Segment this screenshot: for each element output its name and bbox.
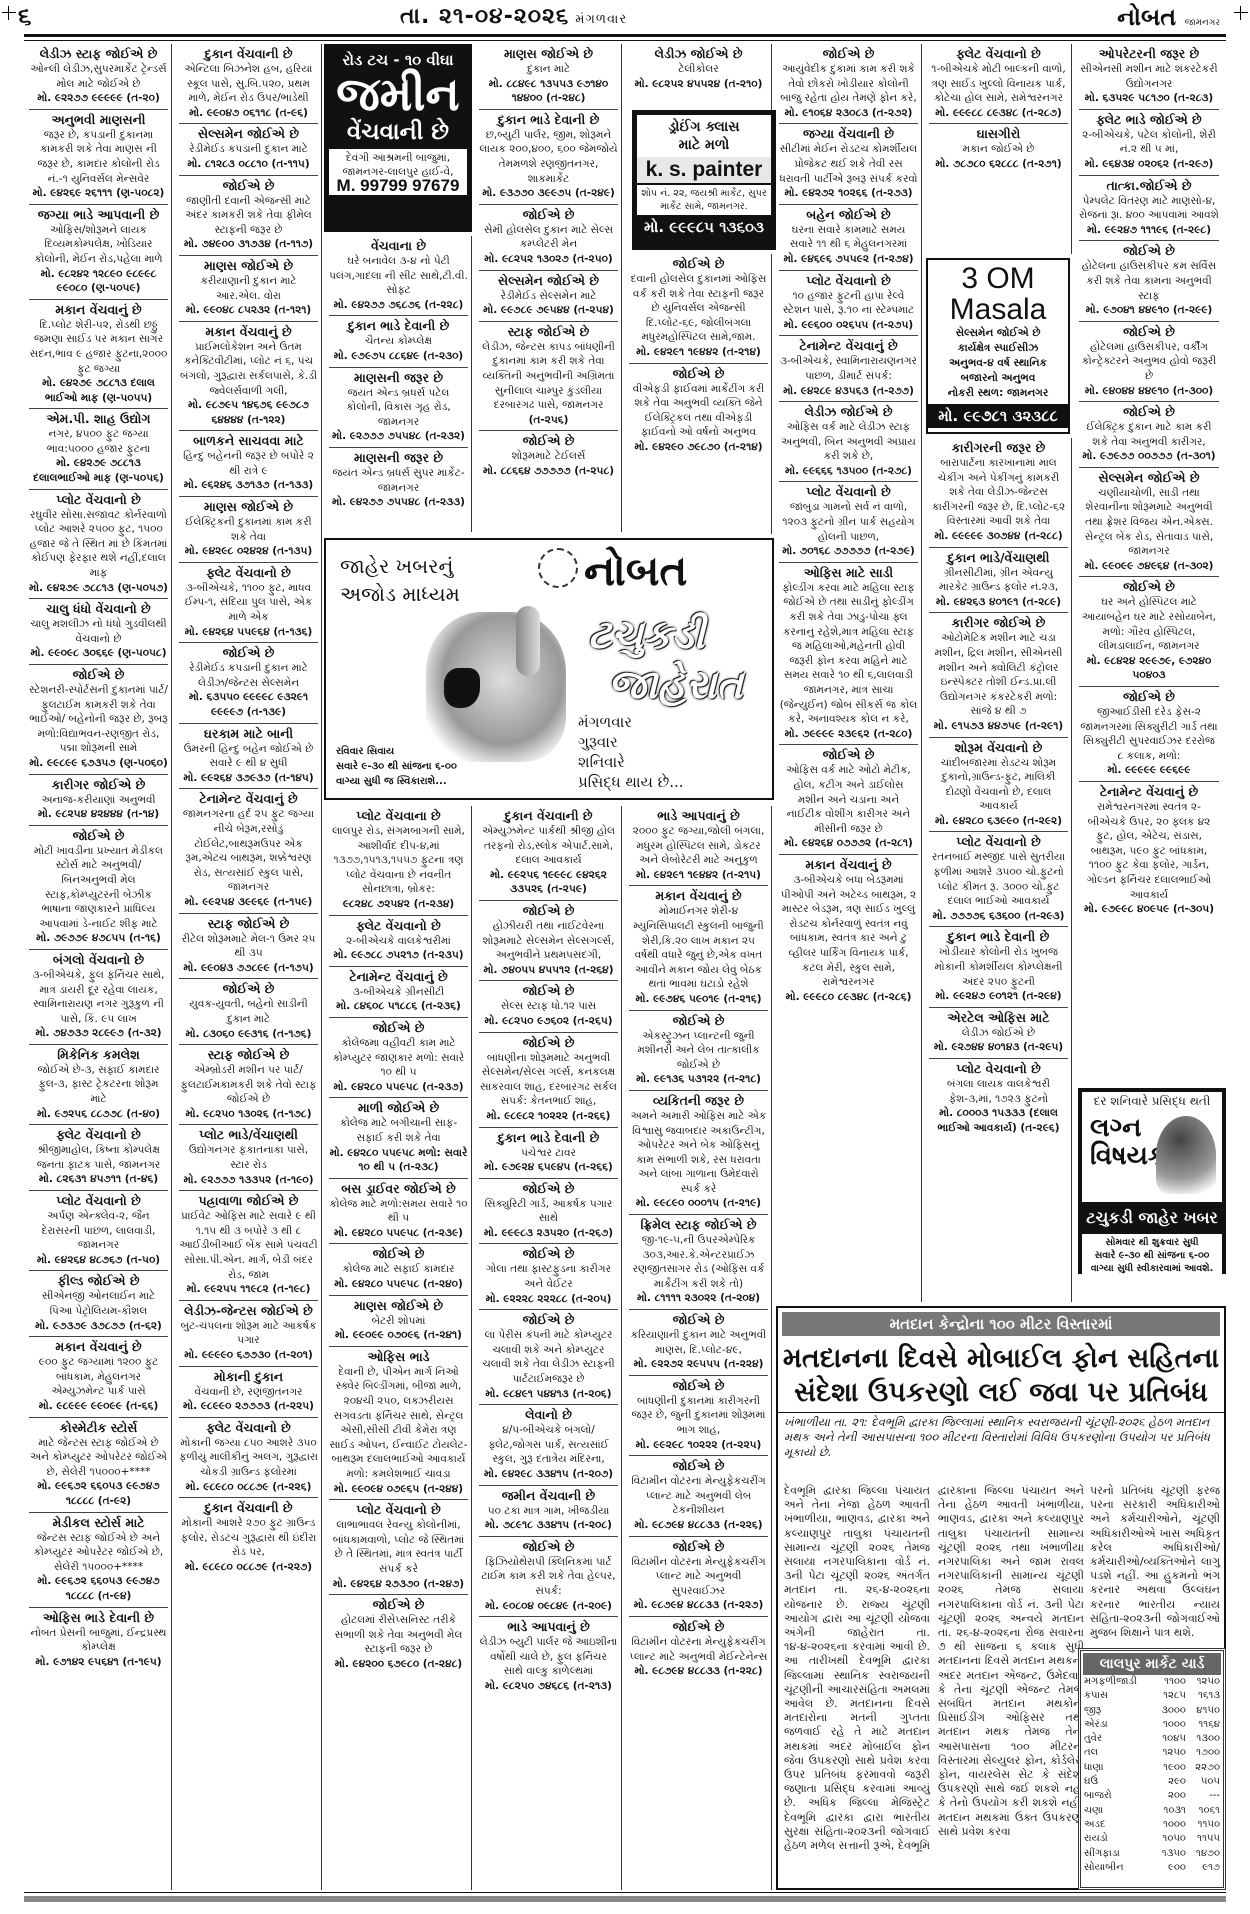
ad-phone: મો. ૯૯૯૮૦ ૮૯૩૪૮ (ત-૨૮૬) [779, 990, 918, 1005]
classified-ad: જોઈએ છેયુવક-યુવતી, બહેનો સાડીની દુકાન મા… [179, 979, 318, 1045]
ad-phone: મો. ૯૯૭૮૮ ૭૫૨૧૭ (ત-૨૩૫) [329, 948, 468, 963]
ad-title: બાળકને સાચવવા માટે [179, 433, 318, 449]
ad-body: એકસ્ટ્રુઝન પ્લાન્ટની જુની મશીનરી અને લેબ… [629, 1029, 768, 1073]
ad-title: દુકાન ભાડે દેવાની છે [479, 112, 618, 128]
classified-ad: લેડીઝ જોઈએ છેટેલીકોલરમો. ૯૮૨૫૨ ૪૫૫૨૪ (ત-… [629, 44, 768, 94]
classified-ad: માણસની જરૂર છેજયંત એન્ડ બ્રધર્સ પટેલ કોલ… [329, 368, 468, 448]
market-title: લાલપુર માર્કેટ યાર્ડ [1083, 1653, 1221, 1675]
classified-ad: જોઈએ છેઓફિસ વર્ક માટે ઓટો મેટીક, હોલ, કટ… [779, 745, 918, 855]
classified-ad: દુકાન ભાડે દેવાની છેખોડીયાર કોલોની રોડ ખ… [929, 927, 1068, 1007]
classified-column-4-lower: દુકાન વેંચવાની છેએમ્યુઝમેન્ટ પાર્કથી શ્ર… [476, 806, 622, 1890]
ad-phone: મો. ૮૨૬૩૧ ૪૫૭૧૧ (ત-૪૬) [29, 1172, 168, 1187]
ad-title: અનુભવી માણસની [29, 112, 168, 128]
ad-body: રેડીમેઈડ કપડાની દુકાન માટે લેડીઝ/જેન્ટસ … [179, 661, 318, 690]
ad-body: જામનગરના હર્દ ૨૫ ફુટ જગ્યા નીચે બેરૂમ,રસ… [179, 807, 318, 895]
classified-ad: ઓફિસ ભાડે દેવાની છેનોબત પ્રેસની બાજુમાં,… [29, 1608, 168, 1673]
min-price: ૧૦૦૦ [1153, 1718, 1187, 1732]
max-price: ૧૭૦૦ [1187, 1746, 1221, 1760]
commodity-name: ચણા [1083, 1804, 1153, 1818]
classified-ad: ઓપરેટરની જરૂર છેસીએનસી મશીન માટે શંકરટેક… [1079, 44, 1219, 110]
ad-body: મોટી ખાવડીના પ્રખ્યાત મેડીકલ સ્ટોર્સ માટ… [29, 844, 168, 932]
market-row: રાયડો૧૦૫૦૧૧૫૫ [1083, 1832, 1221, 1846]
ad-phone: મો. ૯૮૪૯૧ ૫૪૪૧૩ (ત-૨૦૬) [479, 1387, 618, 1402]
ad-phone: મો. ૯૮૨૫૨ ૧૩૦૨૭ (ત-૨૫૦) [479, 252, 618, 267]
ad-phone: મો. ૭૦૧૬૮ ૭૭૭૭૭ (ત-૨૭૯) [779, 544, 918, 559]
classified-ad: પ્લોટ વેંચવાનો છેરતનબાઈ મસ્જીદ પાસે સુતર… [929, 832, 1068, 927]
classified-ad: સેલ્સમેન જોઈએ છેચણીયાચોળી, સાડી તથા શેરવ… [1079, 468, 1219, 578]
ad-title: જમીન વેંચવાની છે [479, 1488, 618, 1504]
ad-phone: મો. ૯૨૨૭૭ ૯૯૯૯૯ (ત-૨૦) [29, 91, 168, 106]
classified-ad: સ્ટાફ જોઈએ છેલેડીઝ, જેન્ટસ કાપડ બાંધણીની… [479, 322, 618, 432]
ad-body: ગોલા તથા ફાસ્ટફુડના કારીગર અને વેઈટર [479, 1262, 618, 1291]
ad-body: ૩-બીએચકે, ૧૧૦૦ ફુટ, માધવ ઈમ્પ-૧, સંદિયા … [179, 581, 318, 625]
ad-title: ફ્લેટ વેંચવાનો છે [179, 1420, 318, 1436]
matrimonial-promo-ad: દર શનિવારે પ્રસિદ્ધ થતી લગ્ન વિષયક ટચુકડ… [1078, 1088, 1226, 1274]
promo-note-line: વાગ્યા સુધી જ સ્વિકારાશે... [336, 774, 457, 789]
market-row: ધાણા૧૯૦૦૨૨૭૦ [1083, 1761, 1221, 1775]
classified-ad: દુકાન વેંચવાની છેએમ્યુઝમેન્ટ પાર્કથી શ્ર… [479, 806, 618, 901]
ad-body: બાંધણીની દુકાનમાં કારીગરની જરૂર છે, જુની… [629, 1394, 768, 1438]
classified-ad: ફીલ્ડ જોઈએ છેસીએનજી ઓનલાઈન માટે પિઆ પેટ્… [29, 1271, 168, 1337]
market-row: ચણા૧૦૩૧૧૦૬૧ [1083, 1804, 1221, 1818]
ad-title: કારીગરની જરૂર છે [929, 440, 1068, 456]
classified-ad: ફ્લેટ ભાડે જોઈએ છે૨-બીએચકે, પટેલ કોલોની,… [1079, 110, 1219, 176]
ad-title: સ્ટાફ જોઈએ છે [179, 1047, 318, 1063]
ad-body: હોટેલના હાઉસકીપર કમ સર્વિસ કરી શકે તેવા … [1079, 259, 1219, 303]
ad-title: લેડીઝ સ્ટાફ જોઈએ છે [29, 46, 168, 62]
ad-body: ઘરે બનાવેલ ૩-૪ નો પેટી પલંગ,ગાદલા ની સીટ… [329, 254, 468, 298]
ad-phone: મો. ૯૯૮૯૯ ૬૭૩૫૭ (ણ-૫૦૬૦) [29, 756, 168, 771]
headline-line: મતદાનના દિવસે મોબાઈલ ફોન સહિતના [782, 1342, 1220, 1376]
ad-phone: મો. ૯૮૨૫૦ ૯૭૬૦૨ (ત-૨૬૫) [479, 1014, 618, 1029]
ad-phone: મો. ૯૪૨૭૯ ૭૮૮૧૩ દલાલ ભાઈઓ માફ (ણ-૫૦૫૫) [29, 376, 168, 405]
ad-body: આયુંવેદીક દુકામાં કામ કરી શકે તેવો છોકરો… [779, 62, 918, 106]
ad-body: ઈલેક્ટ્રિક દુકાન માટે કામ કરી શકે તેવા અ… [1079, 420, 1219, 449]
classified-column-1: લેડીઝ સ્ટાફ જોઈએ છેઓન્લી લેડીઝ,સુપરમાર્ક… [26, 44, 172, 1890]
ad-subheadline: માટે મળો [637, 136, 771, 154]
max-price: ૧૦૬૧ [1187, 1804, 1221, 1818]
ad-phone: મો. ૯૨૭૭૭ ૭૫૫૪૮ (ત-૨૩૨) [329, 429, 468, 444]
logo-text: નોબત [1117, 2, 1176, 31]
ad-title: પ્લોટ વેંચવાના છે [329, 808, 468, 824]
ad-title: જોઈએ છે [29, 667, 168, 683]
market-row: એરંડા૧૦૦૦૧૧૬૪ [1083, 1718, 1221, 1732]
ad-phone: મો. ૭૮૭૮૦ ૬૨૮૮૮ (ત-૨૭૧) [929, 157, 1068, 172]
timing-line: સોમવાર થી શુક્રવાર સુધી [1082, 1236, 1222, 1249]
classified-ad: જોઈએ છેજીઆઈડીસી દરેડ ફેસ-૨ જામનગરમાં સિક… [1079, 687, 1219, 782]
ad-title: માણસ જોઈએ છે [329, 1298, 468, 1314]
logo-city: જામનગર [1185, 18, 1220, 28]
ad-line: બજારનો અનુભવ [928, 371, 1068, 386]
ad-phone: મો. ૯૨૨૭૨ ૨૯૫૫૫ (ત-૨૨૪) [629, 1357, 768, 1372]
ad-phone: મો. ૯૯૬૬૬ ૧૩૫૦૦ (ત-૨૭૮) [779, 464, 918, 479]
ad-line: નોકરી સ્થળ: જામનગર [928, 386, 1068, 401]
classified-ad: ભાડે આપવાનું છે૨૦૦૦ ફુટ જગ્યા,જોલી બંગલા… [629, 806, 768, 886]
ad-phone: મો. ૯૪૬૯૬ ૭૫૫૯૨ (ત-૨૭૪) [779, 252, 918, 267]
header-rule [24, 34, 1226, 37]
ad-phone: મો. ૯૪૨૬૩ ૪૦૧૯૧ (ત-૨૮૯) [929, 595, 1068, 610]
ad-phone: મો. ૭૮૯૧૮ ૩૩૪૧૫ (ત-૨૦૮) [479, 1518, 618, 1533]
classified-ad: ચાલુ ધંધો વેંચવાનો છેચાલુ મશલીઝ નો ધંધો … [29, 599, 168, 665]
max-price: ૫૦૫ [1187, 1775, 1221, 1789]
ad-title: તાત્કા.જોઈએ છે [1079, 178, 1219, 194]
ad-title: પ્લોટ વેંચવાનો છે [929, 834, 1068, 850]
classified-ad: જોઈએ છેહોટેલમાં હાઉસકીપર, વર્કીંગ કોન્ટ્… [1079, 322, 1219, 402]
ad-phone: મો. ૯૪૨૯૮ ૦૨૪૨૪ (ત-૧૩૫) [179, 544, 318, 559]
ad-phone: મો. ૯૯૦૯૮ ૩૦૬૬૯ (ણ-૫૦૫૮) [29, 646, 168, 661]
min-price: ૧૦૩૧ [1153, 1804, 1187, 1818]
ad-title: મકાન વેંચવાનું છે [179, 324, 318, 340]
classified-ad: કારીગર જોઈએ છેઅનાજ-કરીયાણાં અનુભવીમો. ૯૮… [29, 775, 168, 826]
ad-body: સેલ્સમેન જોઈએ છે કાર્યક્ષેત્ર સ્પાઈસીઝ અ… [928, 326, 1068, 401]
matrimonial-title-line: લગ્ન [1090, 1114, 1166, 1142]
ad-body: ચૈતન્ય કોમ્પ્લેક્ષ [329, 334, 468, 349]
ad-body: રીટેલ શોરૂમમાટે મેલ-૧ ઉંમર ૨૫ થી ૩૫ [179, 932, 318, 961]
ad-body: ૩-બીએચકે બધા બેડરૂમમાં પીઓપી અને અટેચ્ડ … [779, 873, 918, 990]
ad-title: દુકાન ભાડે દેવાની છે [329, 318, 468, 334]
ad-body: પેમ્પલેટ વિતરણ માટે માણસો-૪, રોજનાં રૂા.… [1079, 194, 1219, 223]
promo-line: અજોડ માધ્યમ [340, 580, 460, 608]
classified-ad: ઘરકામ માટે બાનીઉંમરની હિન્દુ બહેન જોઈએ છ… [179, 724, 318, 790]
ad-body: જાણીતી દવાની એજન્સી માટે અંદર કામકરી શકે… [179, 194, 318, 238]
classified-ad: જોઈએ છેએકસ્ટ્રુઝન પ્લાન્ટની જુની મશીનરી … [629, 1011, 768, 1091]
classified-ad: માણસની જરૂર છેજયંત એન્ડ બ્રધર્સ સુપર માર… [329, 448, 468, 513]
max-price: ૧૧૬૪ [1187, 1718, 1221, 1732]
classified-ad: ઘાસગીરોમકાન જોઈએ છેમો. ૭૮૭૮૦ ૬૨૮૮૮ (ત-૨૭… [929, 124, 1068, 174]
ad-body: અનાજ-કરીયાણાં અનુભવી [29, 793, 168, 808]
promo-line: જાહેર ખબરનું [340, 552, 460, 580]
ad-phone: મો. ૯૪૦૪૪ ૪૪૯૧૦ (ત-૩૦૦) [1079, 384, 1219, 399]
classified-ad: જોઈએ છેદવાની હોલસેલ દુકાનમાં ઓફિસ વર્ક ક… [629, 254, 768, 364]
ad-headline-box: ડ્રોઈંગ ક્લાસ માટે મળો [637, 115, 771, 157]
classified-ad: ઓફિસ માટે સાડીફોલ્ડીંગ કરવા માટે મહિલા સ… [779, 563, 918, 746]
commodity-name: રાયડો [1083, 1832, 1153, 1846]
ad-phone: મો. ૯૮૨૫૦ ૭૪૬૮૬ (ત-૨૧૩) [479, 1679, 618, 1694]
ad-body: જીઆઈડીસી દરેડ ફેસ-૨ જામનગરમાં સિક્યુરીટી… [1079, 705, 1219, 763]
ad-phone: મો. ૮૮૬૬૪ ૭૭૭૭૭ (ત-૨૫૮) [479, 464, 618, 479]
ad-title: ફ્લેટ વેંચવાનો છે [29, 1127, 168, 1143]
ad-body: ૩-બીએચકે, સ્વામિનારાયણનગર પાછળ, ડીમાર્ટ … [779, 354, 918, 383]
ad-title: ફીલ્ડ જોઈએ છે [29, 1273, 168, 1289]
ad-title: કોસ્મેટીક સ્ટોર્સ [29, 1420, 168, 1436]
ad-title: ઓફિસ ભાડે દેવાની છે [29, 1610, 168, 1626]
ad-title: જોઈએ છે [179, 645, 318, 661]
classified-ad: જોઈએ છેકરિયાણાની દુકાન માટે અનુભવી માણસ,… [629, 1310, 768, 1376]
classified-ad: ટેનામેન્ટ વેંચવાનું છેજામનગરના હર્દ ૨૫ ફ… [179, 789, 318, 913]
ad-phone: મો. ૯૯૨૬૪ ૩૭૯૩૭ (ત-૧૪૫) [179, 771, 318, 786]
ad-title: શોરૂમ વેંચવાનો છે [929, 740, 1068, 756]
classified-ad: પ્લોટ વેંચવાના છેલાલપુર રોડ, સંગમબાગની સ… [329, 806, 468, 916]
ad-phone: મો. ૯૬૪૩૪ ૦૨૦૬૨ (ત-૨૯૭) [1079, 157, 1219, 172]
ad-body: હોટેલમાં હાઉસકીપર, વર્કીંગ કોન્ટ્રેક્ટરન… [1079, 340, 1219, 384]
ad-body: ખોડીયાર કોલોની રોડ ખુબજ મોકાની કોમર્શીયલ… [929, 945, 1068, 989]
ad-body: દિ.પ્લોટ શેરી-૫૨, રોડથી છઠ્ઠું જમણા સાઈડ… [29, 318, 168, 376]
ad-phone: મો. ૯૪૨૭૯ ૭૮૮૧૩ (ણ-૫૦૫૭) [29, 581, 168, 596]
classified-ad: મકાન વેંચવાનું છેદિ.પ્લોટ શેરી-૫૨, રોડથી… [29, 300, 168, 410]
classified-ad: દુકાન ભાડે દેવાની છેછ,બ્યુટી પાર્લર, જીમ… [479, 110, 618, 205]
ad-phone: મો. ૯૮૯૯૦ ૨૭૭૭૩ (ત-૨૨૫) [179, 1399, 318, 1414]
ad-phone: મો. ૯૮૭૯૪ ૪૮૮૩૩ (ત-૨૨૭) [629, 1598, 768, 1613]
classified-ad: ફ્લેટ વેંચવાનો છેશ્રીજીમાહોલ, કિષ્ના કોમ… [29, 1125, 168, 1191]
ad-title: મિકેનિક કમલેશ [29, 1047, 168, 1063]
ad-phone: મો. ૬૩૫૫૦ ૯૯૯૯૮ ૯૩૨૯૧ ૯૯૯૯૭ (ત-૧૩૯) [179, 690, 318, 719]
market-row: અડદ૧૦૦૦૧૧૫૦ [1083, 1818, 1221, 1832]
ad-phone: મો. ૯૮૨૪૨ ૧૨૮૯૦ ૯૮૯૯૮ ૯૯૦૮૦ (ણ-૫૦૫૯) [29, 267, 168, 296]
classified-column-2: દુકાન વેંચવાની છેએન્ટિલા બિઝનેશ હબ, હરિય… [176, 44, 322, 1890]
emblem-icon [538, 548, 578, 588]
promo-day: મંગળવાર [578, 712, 684, 732]
classified-ad: માણસ જોઈએ છેકરીયાણાની દુકાન માટે આર.એલ. … [179, 256, 318, 322]
max-price: ૪૧૫૦ [1187, 1704, 1221, 1718]
ad-phone: મો. ૯૪૨૦૦ ૬૭૯૮૦ (ત-૨૪૮) [329, 1657, 468, 1672]
classified-ad: પ્લોટ વેચવાનો છેબંગલા લાયક વાલકેશ્વરી ફે… [929, 1059, 1068, 1138]
ad-body: પ્રાઈમલોકેશન અને ઉતમ કનેક્ટિવીટીમાં, પ્લ… [179, 340, 318, 398]
classified-column-5-top: લેડીઝ જોઈએ છેટેલીકોલરમો. ૯૮૨૫૨ ૪૫૫૨૪ (ત-… [626, 44, 772, 110]
article-lead: ખંભાળીયા તા. ૨૧: દેવભૂમિ દ્વારકા જિલ્લામ… [778, 1412, 1224, 1466]
min-price: ૨૯૦ [1153, 1775, 1187, 1789]
min-price: ૧૦૫૦ [1153, 1832, 1187, 1846]
ad-title: ટેનામેન્ટ વેંચવાનું છે [329, 969, 468, 985]
ad-body: પ્રાઈવેટ ઓફિસ માટે સવારે ૯ થી ૧.૧૫ થી ૩ … [179, 1209, 318, 1282]
ad-phone: મો. ૯૬૨૪૬ ૩૭૧૩૭ (ત-૧૩૩) [179, 478, 318, 493]
ad-body: કોલેજ માટે બગીચાની સાફ-સફાઈ કરી શકે તેવા [329, 1116, 468, 1145]
masala-ad: 3 OM Masala સેલ્સમેન જોઈએ છે કાર્યક્ષેત્… [926, 258, 1070, 434]
ad-body: ઓટોમેટિક મશીન માટે ચડા મશીન, દ્રિલ મશીન,… [929, 631, 1068, 719]
ad-title: ઓફિસ માટે સાડી [779, 565, 918, 581]
ad-phone: મો. ૯૯૨૪૭ ૧૧૧૯૬ (ત-૨૯૮) [1079, 223, 1219, 238]
classified-ad: મેડીકલ સ્ટોર્સ માટેજેન્ટસ સ્ટાફ જોઈએ છે … [29, 1513, 168, 1608]
ad-title: દુકાન ભાડે દેવાની છે [479, 1130, 618, 1146]
ad-phone: મો. ૯૯૯૯૦ ૬૭૭૩૦ (ત-૨૦૧) [179, 1348, 318, 1363]
classified-ad: એમ.પી. શાહ ઉદ્યોગનગર, ૪૫૦૦ ફુટ જગ્યા ભાવ… [29, 409, 168, 489]
ad-brand: 3 OM [928, 260, 1068, 294]
classified-ad: પ્લોટ વેંચવાનો છેઅર્પણ એન્ક્લેવ-૨, જૈન દ… [29, 1191, 168, 1271]
ad-body: મોકાની જગ્યા ૮૫૦ આશરે ૩૫૦ ફળીયું માલીકીન… [179, 1436, 318, 1480]
ad-title: પ્લોટ વેંચવાનો છે [779, 484, 918, 500]
ad-body: મોમાઈનગર શેરી-૪ મ્યુનિસિપાલટી સ્કુલની બા… [629, 904, 768, 992]
classified-ad: જોઈએ છેસ્ટેશનરી-સ્પોર્ટસની દુકાનમાં પાર્… [29, 665, 168, 775]
ad-body: મોકાની આશરે ૨૭૦ ફુટ ગ્રાઉન્ડ ફલોર, રોડટચ… [179, 1516, 318, 1560]
market-row: તુવેર૧૦૪૫૧૩૦૦ [1083, 1732, 1221, 1746]
matrimonial-band: ટચુકડી જાહેર ખબર [1082, 1202, 1222, 1234]
ad-phone: મો. ૯૮૨૫૦ ૧૩૦૨૬ (ત-૧૭૮) [179, 1107, 318, 1122]
ad-phone: મો. ૯૨૭૪૪ ૪૦૧૪૩ (ત-૨૯૫) [929, 1040, 1068, 1055]
ad-phone: મો. ૯૯૭૪૬ ૫૯૦૧૯ (ત-૨૧૬) [629, 992, 768, 1007]
classified-ad: લેવાનો છે૪/૫-બીએચકે બંગલો/ ફ્લેટ,જોગસ પા… [479, 1405, 618, 1485]
classified-ad: પ્લોટ વેંચવાનો છેરઘુવીર સોસા.સજાવટ કોર્ન… [29, 490, 168, 600]
ad-phone: મો. ૯૪૨૭૯ ૭૮૮૧૩ દલાલભાઈઓ માફ (ણ-૫૦૫૬) [29, 456, 168, 485]
ad-phone: મો. ૯૮૨૫૨ ૪૫૫૨૪ (ત-૨૧૦) [629, 77, 768, 92]
classified-ad: મિકેનિક કમલેશજોઈએ છે-૩, સફાઈ કામદાર ફુલ-… [29, 1045, 168, 1125]
ad-phone: મો. ૯૮૨૫૪ ૪૨૪૪૪ (ત-૧૪) [29, 807, 168, 822]
ad-title: જોઈએ છે [1079, 324, 1219, 340]
promo-big-text: ટચુકડી [588, 612, 705, 658]
ad-phone: મો. ૯૯૦૯૪ ૦૭૯૬૫ (ત-૨૪૪) [329, 1482, 468, 1497]
ad-phone: મો. ૯૦૮૦૪ ૦૯૮૪૯ (ત-૨૦૯) [479, 1599, 618, 1614]
min-price: ૧૦૦૦ [1153, 1818, 1187, 1832]
commodity-name: ઘઉં [1083, 1775, 1153, 1789]
ad-phone: મો. ૯૯૨૫૪ ૩૯૯૬૯ (ત-૧૫૯) [179, 895, 318, 910]
ad-phone: મો. ૯૯૭૮૯ ૭૯૫૪૪ (ત-૨૫૪) [479, 303, 618, 318]
weekday: મંગળવાર [575, 12, 627, 27]
classified-ad: સ્ટાફ જોઈએ છેરીટેલ શોરૂમમાટે મેલ-૧ ઉંમર … [179, 914, 318, 980]
classified-ad: બસ ડ્રાઈવર જોઈએ છેકોલેજ માટે મળો:સમય સવા… [329, 1179, 468, 1245]
ad-body: જોઈએ છે-૩, સફાઈ કામદાર ફુલ-૩, ફાસ્ટ ટ્રે… [29, 1063, 168, 1107]
ad-phone: મો. ૯૮૭૯૪ ૪૮૮૩૩ (ત-૨૨૬) [629, 1518, 768, 1533]
ad-title: સેલ્સમેન જોઈએ છે [479, 273, 618, 289]
ad-title: ચાલુ ધંધો વેંચવાનો છે [29, 601, 168, 617]
ad-phone: મો. ૮૧૧૧૧ ૨૩૦૨૨ (ત-૨૦૪) [629, 1291, 768, 1306]
ad-line: કાર્યક્ષેત્ર સ્પાઈસીઝ [928, 341, 1068, 356]
ad-title: લેડીઝ જોઈએ છે [779, 404, 918, 420]
market-row: મગફળીજાડી૧૧૦૦૧૨૫૦ [1083, 1675, 1221, 1689]
ad-phone: મો. ૯૭૯૭૭ ૦૦૭૭૭ (ત-૩૦૧) [1079, 449, 1219, 464]
ad-title: મેડીકલ સ્ટોર્સ માટે [29, 1515, 168, 1531]
max-price: ૧૧૫૫ [1187, 1832, 1221, 1846]
classified-ad: જોઈએ છેલા પેરીસ કંપની માટે કોમ્પ્યુટર ચલ… [479, 1310, 618, 1405]
classified-ad: તાત્કા.જોઈએ છેપેમ્પલેટ વિતરણ માટે માણસો-… [1079, 176, 1219, 242]
ad-body: રેડીમેઈડ કપડાની દુકાન માટે [179, 142, 318, 157]
ad-phone: મો. ૭૯૭૭૯ ૪૭૮૫૫ (ત-૧૬) [29, 931, 168, 946]
ad-body: ઈલેક્ટ્રિકની દુકાનમાં કામ કરી શકે તેવા [179, 515, 318, 544]
classified-ad: જોઈએ છેફિઝિયોથેરાપી ક્લિનિકમાં પાર્ટ ટાઈ… [479, 1537, 618, 1617]
ad-body: રેડીમેઈડ સેલ્સમેન માટે [479, 289, 618, 304]
classified-ad: બાળકને સાચવવા માટેહિન્દુ બહેનની જરૂર છે … [179, 431, 318, 497]
ad-phone: (ત-૨૫૬) [479, 413, 618, 428]
ad-title: મકાન વેંચવાનું છે [779, 857, 918, 873]
ad-body: સેલ્સ સ્ટાફ ધો.૧૨ પાસ [479, 999, 618, 1014]
classified-ad: જોઈએ છેજાણીતી દવાની એજન્સી માટે અંદર કામ… [179, 176, 318, 256]
ad-phone: મો. ૯૪૨૭૭ ૭૫૫૪૮ (ત-૨૩૩) [329, 495, 468, 510]
ad-phone: મો. ૯૪૨૬૪ ૦૭૭૭૨ (ત-૨૮૧) [779, 836, 918, 851]
ad-title: મોકાની દુકાન [179, 1369, 318, 1385]
classified-ad: અનુભવી માણસનીજરૂર છે, કપડાની દુકાનમા કામ… [29, 110, 168, 205]
min-price: ૩૦૦૦ [1153, 1704, 1187, 1718]
ad-phone: મો. ૬૩૫૨૯ ૫૮૧૭૦ (ત-૨૮૩) [1079, 91, 1219, 106]
ad-title: જોઈએ છે [479, 1181, 618, 1197]
min-price: ૧૨૫૦ [1153, 1746, 1187, 1760]
ad-title: દુકાન વેંચવાની છે [479, 808, 618, 824]
classified-ad: જગ્યા ભાડે આપવાની છેઓફિસ/શોરૂમને લાયક દિ… [29, 205, 168, 300]
max-price: ૯૧૭ [1187, 1861, 1221, 1875]
commodity-name: સીંગફાડા [1083, 1847, 1153, 1861]
classified-ad: જોઈએ છેઘર અને હોસ્પિટલ માટે આયાબહેન ઘર મ… [1079, 577, 1219, 687]
classified-ad: જોઈએ છેબાંધણીના શોરૂમમાટે અનુભવી સેલ્સમે… [479, 1033, 618, 1128]
ad-phone: મો. ૯૪૨૬૪ ૫૫૯૬૪ (ત-૧૩૬) [179, 625, 318, 640]
ad-body: ૪/૫-બીએચકે બંગલો/ ફ્લેટ,જોગસ પાર્ક, સત્ય… [479, 1423, 618, 1467]
classified-ad: જોઈએ છેહોઝીયરી તથા નાઈટવેરના શોરૂમમાટે સ… [479, 901, 618, 981]
ad-phone: મો. ૯૮૯૮૦ ૦૮૮૭૯ (ત-૨૨૬) [179, 1480, 318, 1495]
classified-column-7-top: ફ્લેટ વેંચવાનો છે૧-બીએચકે મોટી બાલ્કની વ… [926, 44, 1072, 254]
ad-body: જરૂર છે, કપડાની દુકાનમા કામકરી શકે તેવા … [29, 128, 168, 186]
ad-title: જોઈએ છે [329, 1597, 468, 1613]
classified-ad: ફ્લેટ વેંચવાનો છે૩-બીએચકે, ૧૧૦૦ ફુટ, માધ… [179, 563, 318, 643]
ad-phone: મો. ૯૭૯૯૮ ૪૦૯૫૯ (ત-૩૦૫) [1079, 902, 1219, 917]
ad-brand-sub: Masala [928, 294, 1068, 326]
ad-title: પ્લોટ ભાડે/વેંચાણથી [179, 1127, 318, 1143]
ad-body: ફોલ્ડીંગ કરવા માટે મહિલા સ્ટાફ જોઈએ છે ત… [779, 581, 918, 727]
min-price: ૧૯૦૦ [1153, 1761, 1187, 1775]
ad-phone: મો. ૯૭૯૨૪ ૬૫૯૪૫ (ત-૨૬૬) [479, 1160, 618, 1175]
ad-body: ૨-બીએચકે વાલકેશ્વરીમાં [329, 934, 468, 949]
classified-ad: માળી જોઈએ છેકોલેજ માટે બગીચાની સાફ-સફાઈ … [329, 1098, 468, 1178]
ad-body: સીટીમાં મેઈન રોડટચ કોમર્શીયલ પ્રોજેકટ થઈ… [779, 142, 918, 186]
ad-body: એન્ટિલા બિઝનેશ હબ, હરિયા સ્કૂલ પાસે, સુ.… [179, 62, 318, 106]
ad-phone: મો. ૯૧૫૭૩ ૪૪૭૫૯ (ત-૨૯૧) [929, 719, 1068, 734]
ad-body: શ્રીજીમાહોલ, કિષ્ના કોમ્પલેક્ષ જનતા ફાટક… [29, 1143, 168, 1172]
ad-title: જોઈએ છે [629, 366, 768, 382]
market-rates-box: લાલપુર માર્કેટ યાર્ડ મગફળીજાડી૧૧૦૦૧૨૫૦કપ… [1078, 1648, 1226, 1890]
ad-title: પ્લોટ વેંચવાનો છે [779, 273, 918, 289]
ad-title: માણસની જરૂર છે [329, 450, 468, 466]
ad-phone: મો. ૯૪૨૭૨ ૧૦૨૬૬ (ત-૨૭૩) [779, 186, 918, 201]
ad-body: સિક્યુરિટી ગાર્ડ, આકર્ષક પગાર સાથે [479, 1197, 618, 1226]
classified-column-7-lower: કારીગરની જરૂર છેબારાપાર્ટના કારખાનામાં મ… [926, 438, 1072, 1302]
ad-body: લેડીઝ, જેન્ટસ કાપડ બાંધણીની દુકાનમાં કામ… [479, 340, 618, 413]
ad-title: બસ ડ્રાઈવર જોઈએ છે [329, 1181, 468, 1197]
ad-address-box: દેવંગી આશ્રમની બાજુમાં, જામનગર-લાલપુર હા… [329, 149, 467, 195]
ad-title: પ્લોટ વેંચવાનો છે [29, 492, 168, 508]
max-price: --- [1187, 1789, 1221, 1803]
classified-ad: સ્ટાફ જોઈએ છેએમ્બ્રોડરી મશીન પર પાર્ટ/ફુ… [179, 1045, 318, 1125]
classified-ad: જોઈએ છેવિટામીન વોટરના મેન્યુફેકચરીંગ પ્લ… [629, 1617, 768, 1682]
ad-body: વિટામીન વોટરના મેન્યુફેકચરીંગ પ્લાન્ટ મા… [629, 1474, 768, 1518]
ad-body: લેડીઝ જોઈએ છે [929, 1026, 1068, 1041]
ad-body: સેમી હોલસેલ દુકાન માટે સેલ્સ કમ્પ્લેટરી … [479, 223, 618, 252]
ad-title: ફ્રિમેલ સ્ટાફ જોઈએ છે [629, 1217, 768, 1233]
ad-phone: મો. ૯૯૯૮૩ ૨૩૫૨૦ (ત-૨૬૭) [479, 1226, 618, 1241]
ad-phone: મો. ૯૪૨૯૦ ૭૯૮૭૦ (ત-૨૧૪) [629, 440, 768, 455]
ad-title: માળી જોઈએ છે [329, 1100, 468, 1116]
classified-ad: દુકાન ભાડે દેવાની છેચૈતન્ય કોમ્પ્લેક્ષમો… [329, 316, 468, 367]
ad-headline: ડ્રોઈંગ ક્લાસ [637, 118, 771, 136]
ad-title: માણસ જોઈએ છે [179, 258, 318, 274]
promo-note-line: સવારે ૯-૩૦ થી સાંજના ૬-૦૦ [336, 759, 457, 774]
torn-paper-image [444, 668, 480, 708]
promo-day: પ્રસિદ્ધ થાય છે... [578, 772, 684, 792]
ad-title: લેડીઝ-જેન્ટસ જોઈએ છે [179, 1303, 318, 1319]
classified-ad: જોઈએ છેવીએફડી ફાઈવમાં માર્કેટીંગ કરી શકે… [629, 364, 768, 458]
classified-ad: જોઈએ છેઈલેક્ટ્રિક દુકાન માટે કામ કરી શકે… [1079, 402, 1219, 468]
classified-ad: જગ્યા વેંચવાની છેસીટીમાં મેઈન રોડટચ કોમર… [779, 124, 918, 204]
max-price: ૧૧૫૦ [1187, 1818, 1221, 1832]
classified-ad: એરટેલ ઓફિસ માટેલેડીઝ જોઈએ છેમો. ૯૨૭૪૪ ૪૦… [929, 1008, 1068, 1059]
classified-ad: શોરૂમ વેંચવાનો છેચાંદીબજારમાં રોડટચ શોરૂ… [929, 738, 1068, 833]
ad-title: ટેનામેન્ટ વેંચવાનું છે [779, 338, 918, 354]
ad-mobile: મો. ૯૯૭૮૧ ૩૨૩૮૮ [928, 404, 1068, 428]
min-price: ૧૧૦૦ [1153, 1675, 1187, 1689]
ad-title: જોઈએ છે [629, 1458, 768, 1474]
ad-body: દેવાની છે, પીએન માર્ગ નિઓ સ્ક્વેર બિલ્ડી… [329, 1365, 468, 1482]
ad-body: સ્ટેશનરી-સ્પોર્ટસની દુકાનમાં પાર્ટ/ફુલટા… [29, 683, 168, 756]
market-row: સોયાબીન૯૦૦૯૧૭ [1083, 1861, 1221, 1875]
ad-title: જોઈએ છે [779, 46, 918, 62]
commodity-name: બાજરો [1083, 1789, 1153, 1803]
header-rule-thin [24, 40, 1226, 41]
ad-body: બુટ-ચંપલના શોરૂમ માટે આકર્ષક પગાર [179, 1319, 318, 1348]
ad-phone: મો. ૯૩૭૭૦ ૩૯૯૭૫ (ત-૨૪૯) [479, 186, 618, 201]
market-row: ઘઉં૨૯૦૫૦૫ [1083, 1775, 1221, 1789]
ad-mobile: M. 99799 97679 [329, 179, 467, 193]
matrimonial-title: લગ્ન વિષયક [1090, 1114, 1166, 1170]
classified-ad: જોઈએ છેસિક્યુરિટી ગાર્ડ, આકર્ષક પગાર સાથ… [479, 1179, 618, 1245]
commodity-name: મગફળીજાડી [1083, 1675, 1153, 1689]
commodity-name: જીરૂ [1083, 1704, 1153, 1718]
ad-phone: મો. ૭૪૦૫૫ ૪૫૫૧૨ (ત-૨૬૪) [479, 963, 618, 978]
ad-subheadline: વેંચવાની છે [326, 119, 470, 145]
ad-title: ઘરકામ માટે બાની [179, 726, 318, 742]
ad-phone: મો. ૭૪૯૦૦ ૩૧૭૩૪ (ત-૧૧૭) [179, 237, 318, 252]
